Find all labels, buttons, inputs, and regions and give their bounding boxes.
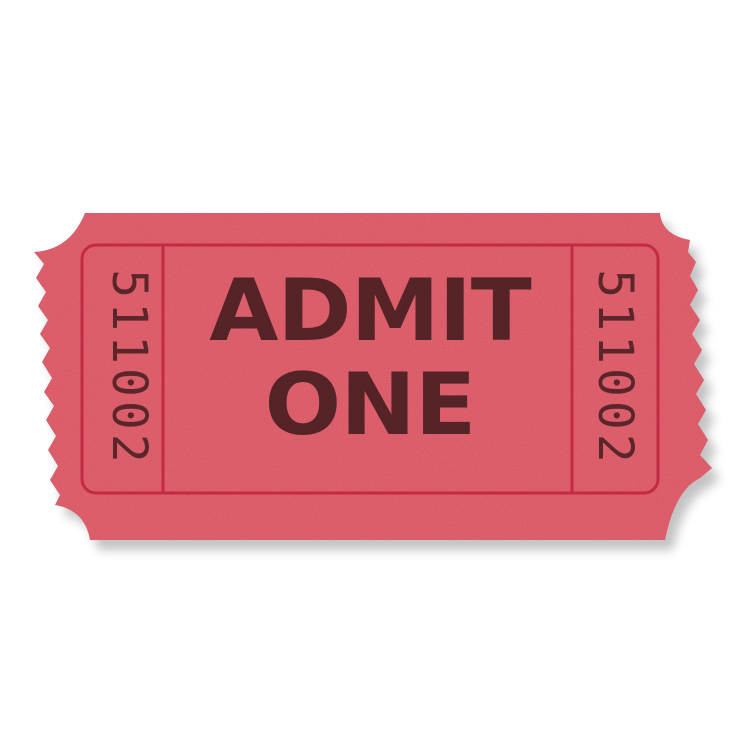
headline-one: ONE: [160, 362, 580, 448]
serial-number-right: 511002: [590, 258, 640, 478]
serial-number-left: 511002: [104, 258, 154, 478]
ticket-image: 511002 ADMIT ONE 511002: [0, 0, 750, 750]
headline-admit: ADMIT: [162, 268, 578, 354]
